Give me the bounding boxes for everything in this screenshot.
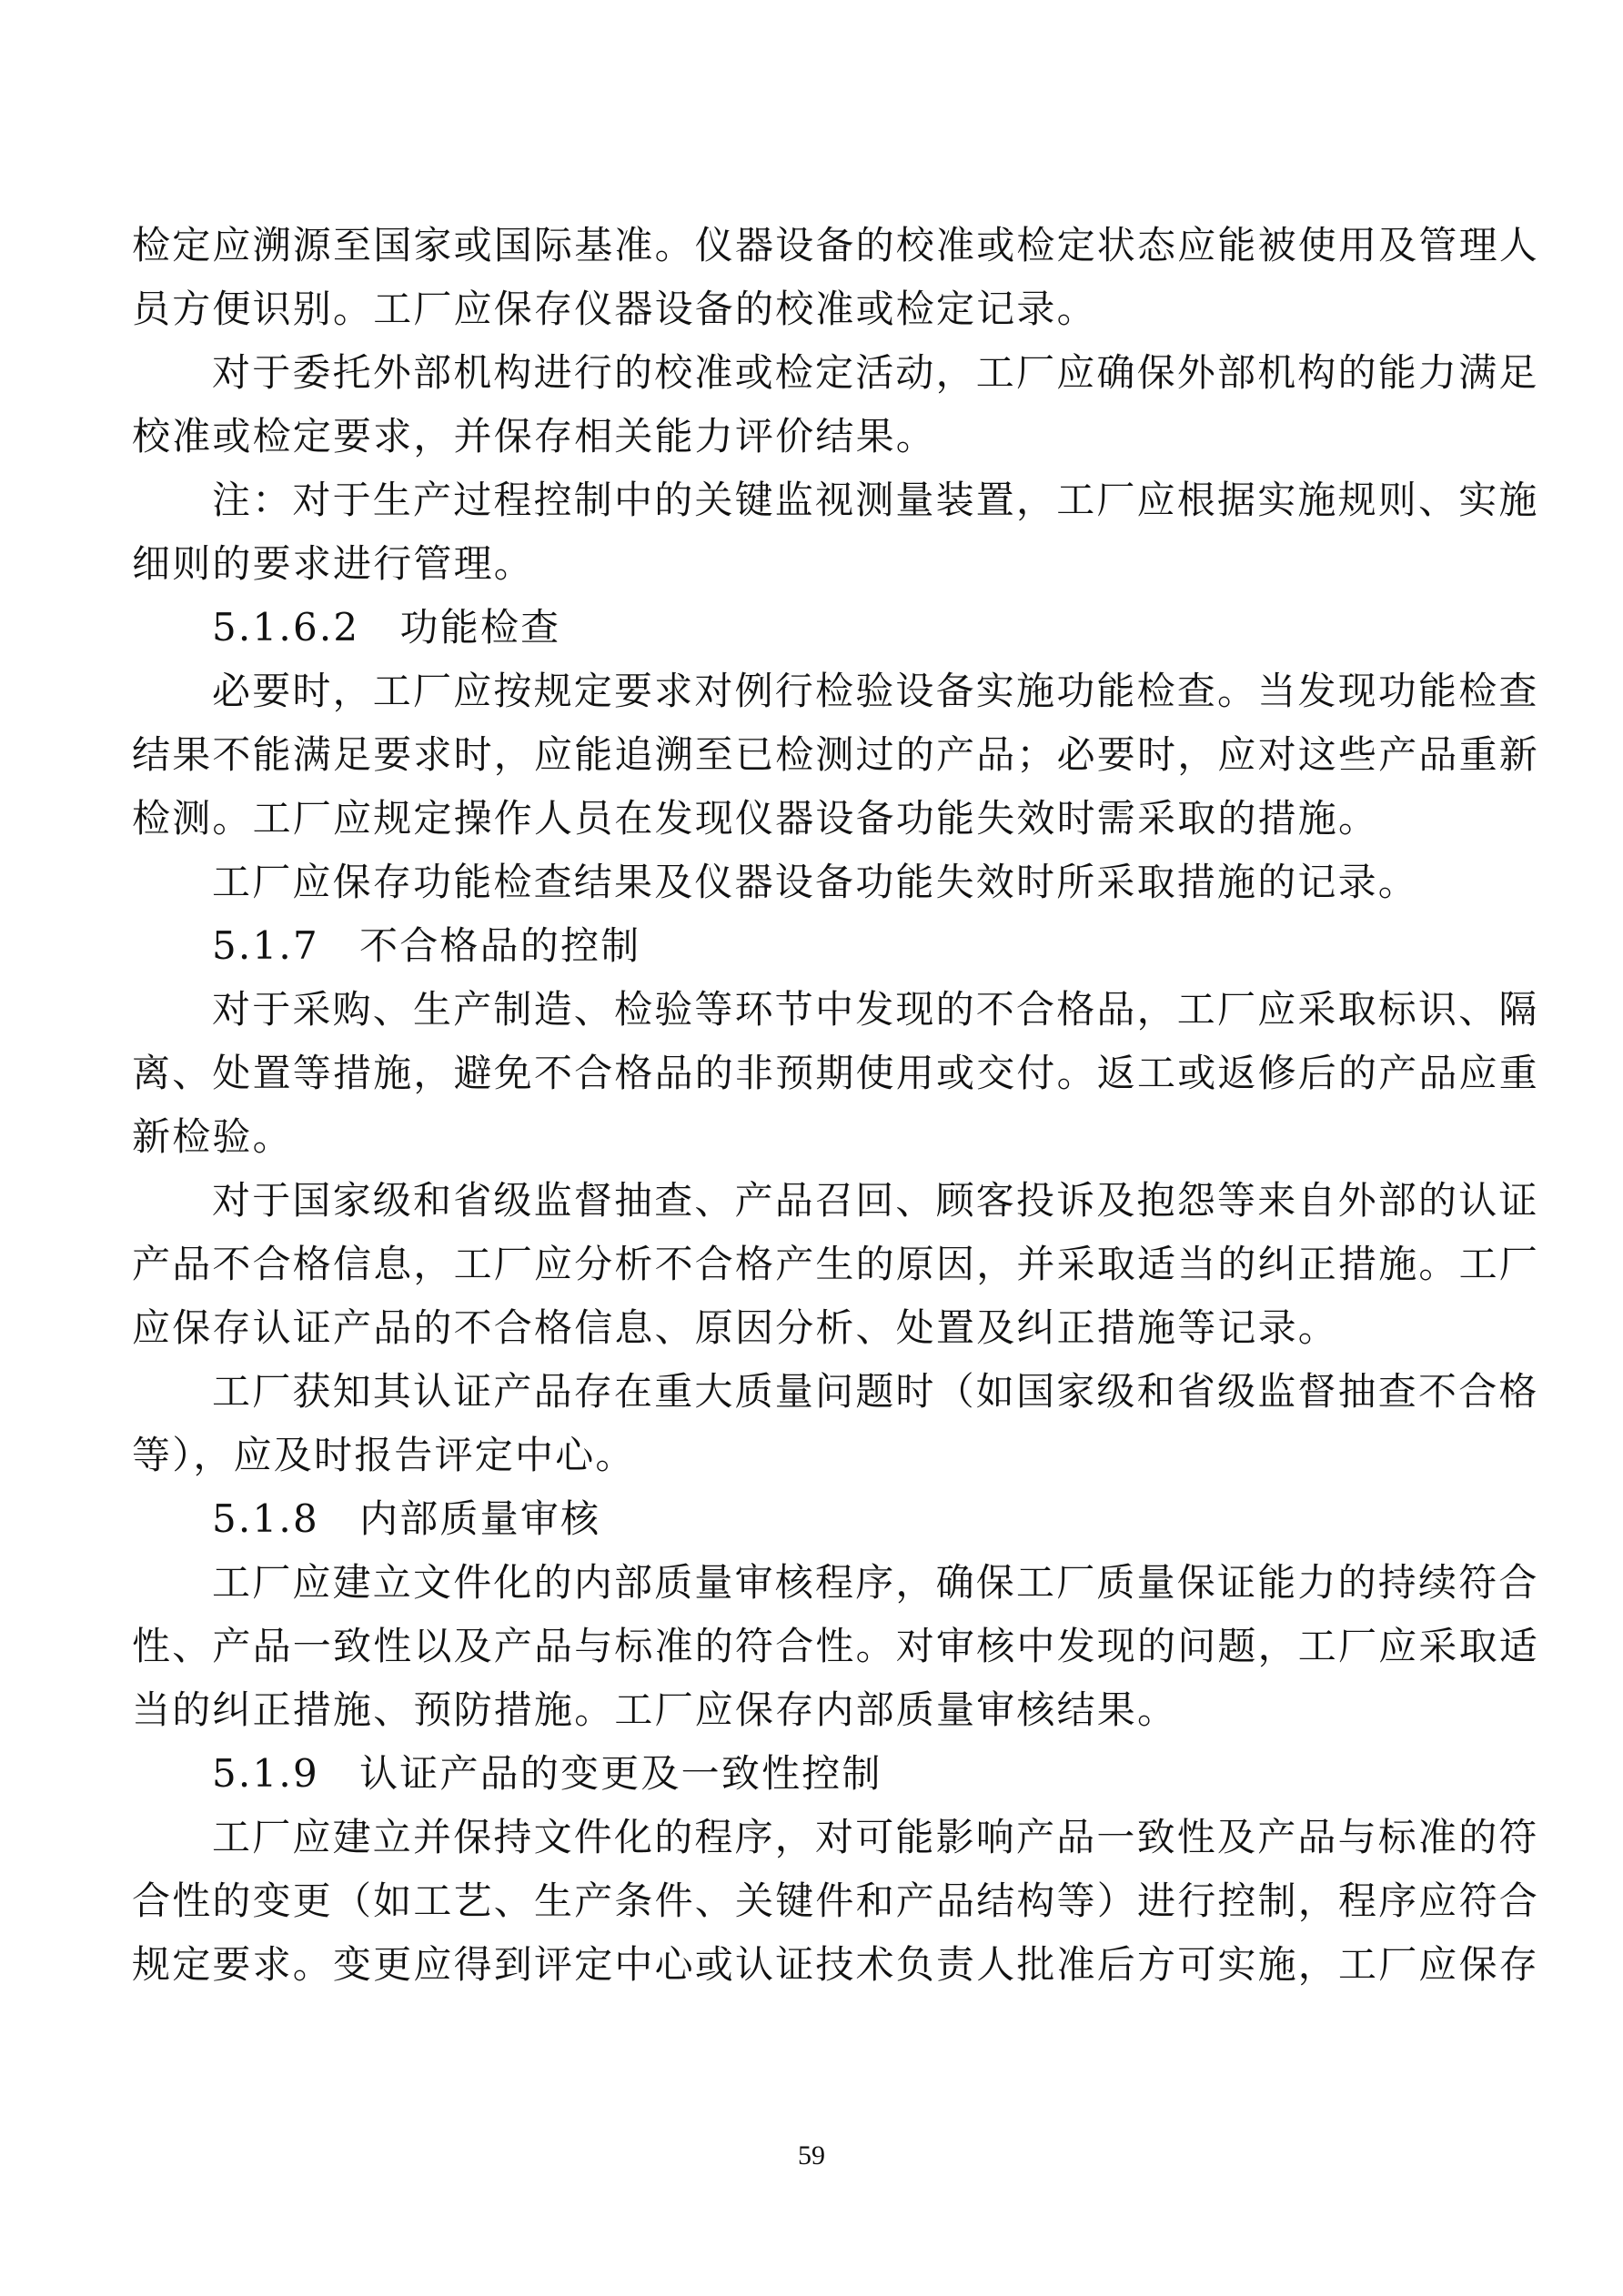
page-number: 59: [0, 2140, 1623, 2172]
paragraph-line: 产品不合格信息，工厂应分析不合格产生的原因，并采取适当的纠正措施。工厂: [132, 1237, 1478, 1292]
paragraph-line: 对于采购、生产制造、检验等环节中发现的不合格品，工厂应采取标识、隔: [212, 982, 1478, 1037]
paragraph-line: 工厂应保存功能检查结果及仪器设备功能失效时所采取措施的记录。: [212, 855, 1478, 910]
section-heading-5-1-7: 5.1.7 不合格品的控制: [212, 919, 1558, 973]
section-heading-5-1-6-2: 5.1.6.2 功能检查: [212, 600, 1558, 655]
paragraph-line: 结果不能满足要求时，应能追溯至已检测过的产品；必要时，应对这些产品重新: [132, 728, 1478, 782]
paragraph-line: 新检验。: [132, 1110, 1478, 1164]
paragraph-line: 离、处置等措施，避免不合格品的非预期使用或交付。返工或返修后的产品应重: [132, 1046, 1478, 1101]
paragraph-line: 合性的变更（如工艺、生产条件、关键件和产品结构等）进行控制，程序应符合: [132, 1874, 1478, 1928]
paragraph-line: 对于委托外部机构进行的校准或检定活动，工厂应确保外部机构的能力满足: [212, 346, 1478, 400]
paragraph-line: 当的纠正措施、预防措施。工厂应保存内部质量审核结果。: [132, 1683, 1478, 1737]
paragraph-line: 员方便识别。工厂应保存仪器设备的校准或检定记录。: [132, 282, 1478, 337]
paragraph-line: 检定应溯源至国家或国际基准。仪器设备的校准或检定状态应能被使用及管理人: [132, 218, 1478, 273]
paragraph-line: 等），应及时报告评定中心。: [132, 1428, 1478, 1483]
paragraph-line: 应保存认证产品的不合格信息、原因分析、处置及纠正措施等记录。: [132, 1301, 1478, 1355]
note-line: 注：对于生产过程控制中的关键监视测量装置，工厂应根据实施规则、实施: [212, 473, 1478, 528]
paragraph-line: 性、产品一致性以及产品与标准的符合性。对审核中发现的问题，工厂应采取适: [132, 1619, 1478, 1674]
paragraph-line: 必要时，工厂应按规定要求对例行检验设备实施功能检查。当发现功能检查: [212, 664, 1478, 719]
paragraph-line: 检测。工厂应规定操作人员在发现仪器设备功能失效时需采取的措施。: [132, 791, 1478, 846]
paragraph-line: 对于国家级和省级监督抽查、产品召回、顾客投诉及抱怨等来自外部的认证: [212, 1173, 1478, 1228]
document-page: 检定应溯源至国家或国际基准。仪器设备的校准或检定状态应能被使用及管理人 员方便识…: [0, 0, 1623, 2296]
paragraph-line: 规定要求。变更应得到评定中心或认证技术负责人批准后方可实施，工厂应保存: [132, 1938, 1478, 1992]
paragraph-line: 工厂应建立并保持文件化的程序，对可能影响产品一致性及产品与标准的符: [212, 1810, 1478, 1865]
paragraph-line: 工厂应建立文件化的内部质量审核程序，确保工厂质量保证能力的持续符合: [212, 1556, 1478, 1610]
note-line: 细则的要求进行管理。: [132, 537, 1478, 591]
paragraph-line: 工厂获知其认证产品存在重大质量问题时（如国家级和省级监督抽查不合格: [212, 1365, 1478, 1419]
section-heading-5-1-8: 5.1.8 内部质量审核: [212, 1492, 1558, 1546]
paragraph-line: 校准或检定要求，并保存相关能力评价结果。: [132, 409, 1478, 464]
section-heading-5-1-9: 5.1.9 认证产品的变更及一致性控制: [212, 1747, 1558, 1801]
